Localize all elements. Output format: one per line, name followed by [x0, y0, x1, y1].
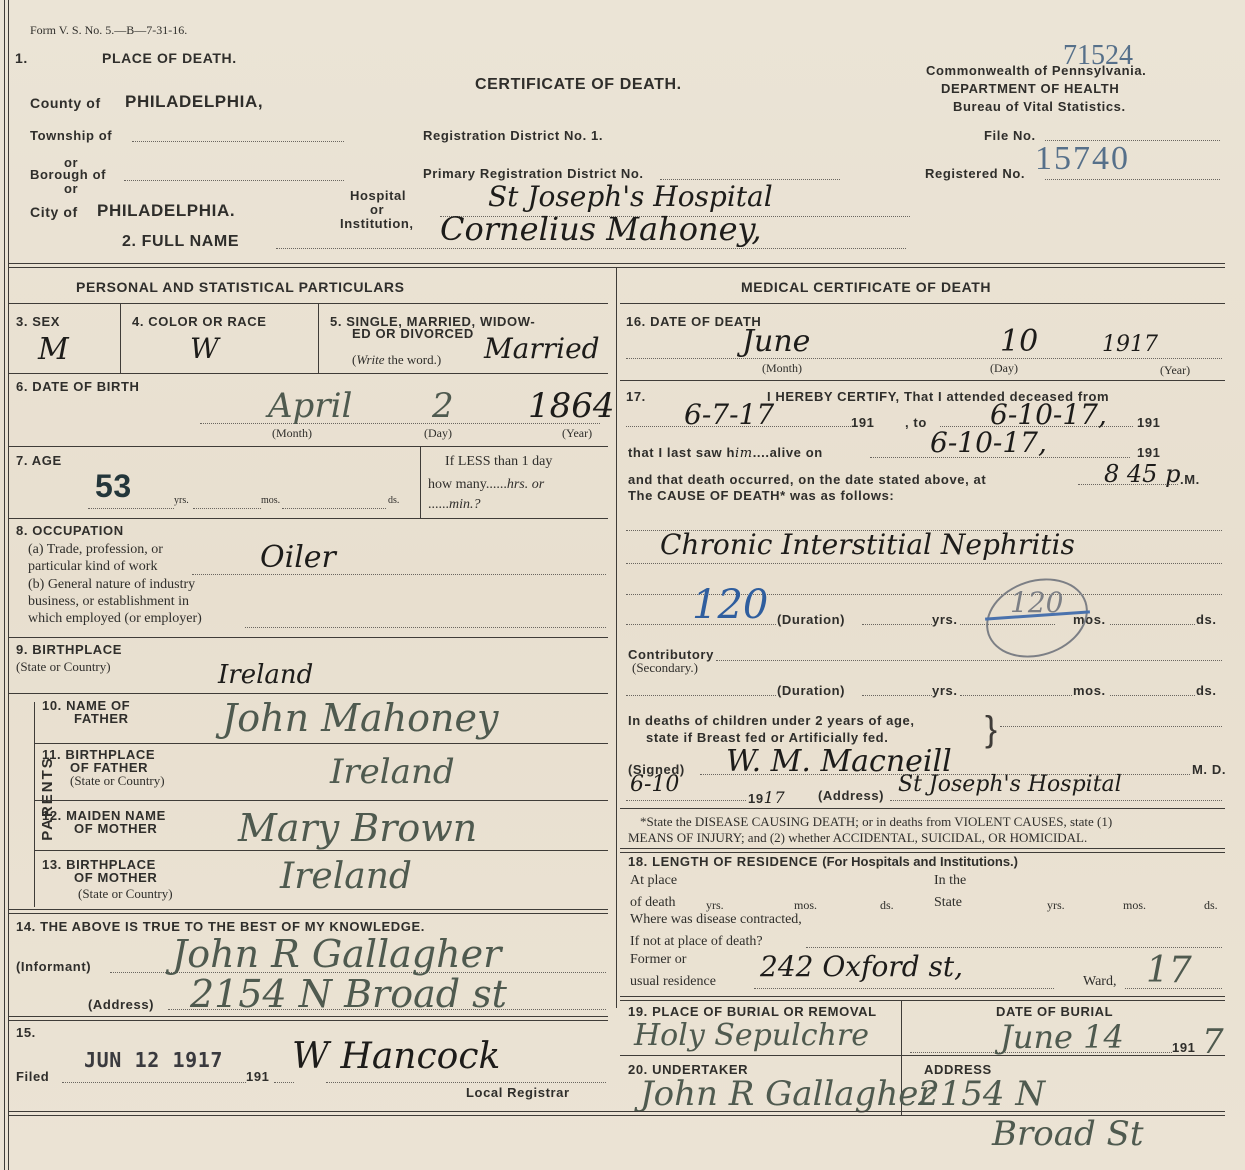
divider [34, 850, 608, 851]
duration-blue: 120 [692, 582, 768, 628]
burial-place-label: 19. PLACE OF BURIAL OR REMOVAL [628, 1004, 877, 1019]
borough-label: Borough of [30, 167, 106, 182]
signed-year-suffix: 17 [764, 788, 786, 807]
signed-year-prefix: 19 [748, 791, 764, 806]
divider [8, 909, 608, 914]
attended-from: 6-7-17 [684, 398, 774, 431]
race-value: W [190, 332, 219, 365]
former-label-2: usual residence [630, 974, 716, 990]
registered-no-field [1045, 179, 1220, 180]
county-label: County of [30, 95, 101, 111]
authority-line1: Commonwealth of Pennsylvania. [926, 63, 1146, 78]
occupation-a-2: particular kind of work [28, 559, 157, 575]
burial-date-value: June 14 [1000, 1018, 1124, 1056]
where-contracted-1: Where was disease contracted, [630, 912, 802, 928]
cause-field-2 [626, 563, 1222, 564]
township-field [132, 141, 344, 142]
children-brace: } [985, 708, 997, 750]
divider [8, 303, 608, 304]
duration-field [626, 624, 776, 625]
md-label: M. D. [1192, 762, 1226, 777]
footnote-line-1: *State the DISEASE CAUSING DEATH; or in … [640, 814, 1112, 830]
less-than-min: min.? [449, 497, 481, 512]
filed-label: Filed [16, 1069, 49, 1084]
ward-label: Ward, [1083, 974, 1116, 990]
hospital-label-2: or [370, 202, 384, 217]
doctor-address: St Joseph's Hospital [898, 772, 1122, 797]
occupation-b-3: which employed (or employer) [28, 611, 202, 627]
divider [8, 518, 608, 519]
state-label: State [934, 895, 962, 911]
divider [34, 743, 608, 744]
divider [8, 693, 608, 694]
registrar-label: Local Registrar [466, 1085, 570, 1100]
left-border [4, 0, 9, 1170]
residence-heading: 18. LENGTH OF RESIDENCE (For Hospitals a… [628, 854, 1018, 869]
occupation-a-field [192, 574, 606, 575]
age-days-field [282, 508, 386, 509]
last-saw-191: 191 [1137, 445, 1161, 460]
dod-year-caption: (Year) [1160, 363, 1190, 378]
divider [8, 1111, 620, 1116]
hospital-value: St Joseph's Hospital [488, 180, 773, 213]
borough-field [124, 180, 344, 181]
parents-side-label: PARENTS [39, 756, 56, 841]
last-saw-label: that I last saw him....alive on [628, 445, 823, 461]
doctor-address-label: (Address) [818, 788, 884, 803]
column-divider [616, 268, 617, 1008]
marital-hint-italic: Write [356, 352, 384, 367]
birthplace-sub: (State or Country) [16, 659, 111, 675]
dod-month: June [742, 324, 810, 359]
residence-value: 242 Oxford st, [760, 950, 963, 983]
marital-hint: (Write the word.) [352, 352, 441, 368]
children-line-2: state if Breast fed or Artificially fed. [646, 730, 888, 745]
undertaker-address-line1: 2154 N [918, 1074, 1045, 1114]
dod-year: 1917 [1102, 332, 1158, 357]
signed-date-field [626, 800, 746, 801]
contributory-mos: mos. [1073, 683, 1106, 698]
divider [8, 446, 608, 447]
burial-year-prefix: 191 [1172, 1040, 1196, 1055]
informant-address-value: 2154 N Broad st [190, 972, 507, 1016]
attended-from-191: 191 [851, 415, 875, 430]
dod-day: 10 [1000, 324, 1038, 359]
personal-heading: PERSONAL AND STATISTICAL PARTICULARS [76, 279, 405, 295]
attended-to-191: 191 [1137, 415, 1161, 430]
city-value: PHILADELPHIA. [97, 201, 235, 221]
contributory-field [716, 660, 1222, 661]
contributory-yrs: yrs. [932, 683, 958, 698]
residence-field [754, 988, 1054, 989]
place-of-death-heading: PLACE OF DEATH. [102, 50, 237, 66]
divider [318, 303, 319, 373]
dob-year-caption: (Year) [562, 426, 592, 441]
place-yrs: yrs. [706, 898, 724, 913]
doctor-address-field [890, 800, 1222, 801]
residence-heading-sub: (For Hospitals and Institutions.) [822, 854, 1018, 869]
last-saw-text: that I last saw h [628, 445, 735, 460]
state-mos: mos. [1123, 898, 1146, 913]
occupation-a-1: (a) Trade, profession, or [28, 542, 163, 558]
mother-label-2: OF MOTHER [74, 821, 157, 836]
mother-value: Mary Brown [238, 806, 477, 850]
form-id: Form V. S. No. 5.—B—7-31-16. [30, 23, 187, 38]
less-than-line2: how many......hrs. or [428, 477, 544, 493]
divider [620, 996, 1225, 1001]
registered-no-label: Registered No. [925, 166, 1025, 181]
cause-value: Chronic Interstitial Nephritis [660, 528, 1075, 561]
mother-bp-label-2: OF MOTHER [74, 870, 157, 885]
dod-field [626, 358, 1222, 359]
place-mos: mos. [794, 898, 817, 913]
hospital-label-3: Institution, [340, 216, 414, 231]
last-saw-date: 6-10-17, [930, 426, 1047, 459]
in-the-label: In the [934, 873, 966, 889]
burial-place-value: Holy Sepulchre [634, 1018, 869, 1053]
dob-label: 6. DATE OF BIRTH [16, 379, 139, 394]
city-label: City of [30, 204, 78, 220]
filed-stamp: JUN 12 1917 [84, 1048, 223, 1072]
dob-month: April [268, 386, 352, 426]
occupation-b-field [245, 627, 606, 628]
filed-year-prefix: 191 [246, 1069, 270, 1084]
divider [8, 637, 608, 638]
contributory-ds-field [1110, 695, 1195, 696]
father-bp-value: Ireland [330, 752, 455, 792]
residence-heading-text: 18. LENGTH OF RESIDENCE [628, 854, 818, 869]
divider [620, 848, 1225, 853]
dob-day-caption: (Day) [424, 426, 452, 441]
less-than-hrs: hrs. or [507, 477, 544, 492]
contributory-mos-field [960, 695, 1072, 696]
informant-value: John R Gallagher [172, 932, 501, 976]
secondary-label: (Secondary.) [632, 660, 698, 676]
at-place-label: At place [630, 873, 677, 889]
marital-label-2: ED OR DIVORCED [352, 326, 474, 341]
less-than-how-many: how many [428, 477, 486, 492]
dob-day: 2 [432, 386, 454, 426]
duration-ds-field [1110, 624, 1195, 625]
county-value: PHILADELPHIA, [125, 92, 263, 112]
divider [34, 800, 608, 801]
children-line-1: In deaths of children under 2 years of a… [628, 713, 915, 728]
contributory-ds: ds. [1196, 683, 1217, 698]
less-than-line3: ......min.? [428, 497, 481, 513]
registrar-field [326, 1082, 606, 1083]
or-2: or [64, 181, 78, 196]
mother-bp-label-3: (State or Country) [78, 886, 173, 902]
contributory-yrs-field [862, 695, 932, 696]
signed-year: 1917 [748, 788, 785, 807]
duration-label: (Duration) [777, 612, 845, 627]
children-field [1000, 726, 1222, 727]
alive-on-text: alive on [770, 445, 823, 460]
undertaker-address-line2: Broad St [992, 1114, 1144, 1154]
death-time-m: .M. [1180, 472, 1200, 487]
age-mos: mos. [261, 495, 280, 506]
father-label-2: FATHER [74, 711, 129, 726]
where-contracted-2: If not at place of death? [630, 934, 763, 950]
attended-to-label: , to [905, 415, 927, 430]
age-months-field [193, 508, 261, 509]
cert-number: 17. [626, 389, 646, 404]
occupation-label: 8. OCCUPATION [16, 523, 124, 538]
authority-line2: DEPARTMENT OF HEALTH [941, 81, 1119, 96]
certificate-title: CERTIFICATE OF DEATH. [475, 76, 682, 94]
full-name-field [276, 248, 906, 249]
primary-reg-label: Primary Registration District No. [423, 166, 644, 181]
cause-label: The CAUSE OF DEATH* was as follows: [628, 488, 894, 503]
marital-hint-text: the word.) [388, 352, 441, 367]
age-ds: ds. [388, 495, 399, 506]
father-bp-label-3: (State or Country) [70, 773, 165, 789]
where-contracted-field [806, 947, 1222, 948]
dob-month-caption: (Month) [272, 426, 312, 441]
registrar-signature: W Hancock [292, 1036, 500, 1077]
death-certificate: Form V. S. No. 5.—B—7-31-16. 1. PLACE OF… [0, 0, 1245, 1170]
last-saw-him: im [735, 446, 753, 461]
less-than-line1: If LESS than 1 day [445, 454, 552, 470]
file-no-label: File No. [984, 128, 1036, 143]
divider [420, 446, 421, 518]
age-yrs: yrs. [174, 495, 189, 506]
divider [120, 303, 121, 373]
full-name-value: Cornelius Mahoney, [440, 210, 762, 248]
filed-number: 15. [16, 1025, 36, 1040]
hospital-label-1: Hospital [350, 188, 406, 203]
burial-date-label: DATE OF BURIAL [996, 1004, 1113, 1019]
informant-address-label: (Address) [88, 997, 154, 1012]
dob-year: 1864 [528, 386, 615, 426]
township-label: Township of [30, 128, 112, 143]
informant-label: (Informant) [16, 959, 91, 974]
divider [620, 380, 1225, 381]
marital-value: Married [484, 332, 600, 365]
death-time: 8 45 p [1104, 460, 1180, 488]
authority-line3: Bureau of Vital Statistics. [953, 99, 1126, 114]
divider [620, 808, 1225, 809]
state-yrs: yrs. [1047, 898, 1065, 913]
footnote-line-2: MEANS OF INJURY; and (2) whether ACCIDEN… [628, 830, 1087, 846]
duration-ds: ds. [1196, 612, 1217, 627]
registered-number: 15740 [1035, 140, 1130, 178]
divider [8, 373, 608, 374]
dod-month-caption: (Month) [762, 361, 802, 376]
dod-day-caption: (Day) [990, 361, 1018, 376]
reg-district-label: Registration District No. 1. [423, 128, 603, 143]
duration-yrs: yrs. [932, 612, 958, 627]
parents-bracket [34, 702, 35, 907]
age-years-field [88, 508, 174, 509]
age-value: 53 [95, 468, 132, 505]
divider [620, 1055, 1225, 1056]
sex-label: 3. SEX [16, 314, 60, 329]
medical-heading: MEDICAL CERTIFICATE OF DEATH [741, 279, 991, 295]
duration-yrs-field [862, 624, 932, 625]
divider [620, 303, 1225, 304]
death-occurred-label: and that death occurred, on the date sta… [628, 472, 986, 487]
signed-date: 6-10 [630, 772, 679, 797]
undertaker-value: John R Gallagher [640, 1074, 935, 1114]
occupation-b-2: business, or establishment in [28, 594, 189, 610]
father-value: John Mahoney [222, 696, 498, 740]
full-name-label: 2. FULL NAME [122, 233, 239, 251]
birthplace-value: Ireland [218, 660, 313, 690]
place-ds: ds. [880, 898, 894, 913]
race-label: 4. COLOR OR RACE [132, 314, 267, 329]
filed-year-field [274, 1082, 294, 1083]
of-death-label: of death [630, 895, 675, 911]
contributory-duration-label: (Duration) [777, 683, 845, 698]
age-label: 7. AGE [16, 453, 62, 468]
birthplace-label: 9. BIRTHPLACE [16, 642, 122, 657]
contributory-duration-field [626, 695, 776, 696]
former-label-1: Former or [630, 952, 686, 968]
place-number: 1. [15, 50, 28, 66]
burial-year-suffix: 7 [1202, 1022, 1224, 1062]
occupation-b-1: (b) General nature of industry [28, 577, 195, 593]
sex-value: M [38, 332, 69, 367]
filed-field [62, 1082, 246, 1083]
state-ds: ds. [1204, 898, 1218, 913]
ward-value: 17 [1146, 950, 1192, 991]
occupation-value: Oiler [260, 540, 336, 575]
mother-bp-value: Ireland [280, 856, 412, 897]
divider [8, 1016, 608, 1021]
